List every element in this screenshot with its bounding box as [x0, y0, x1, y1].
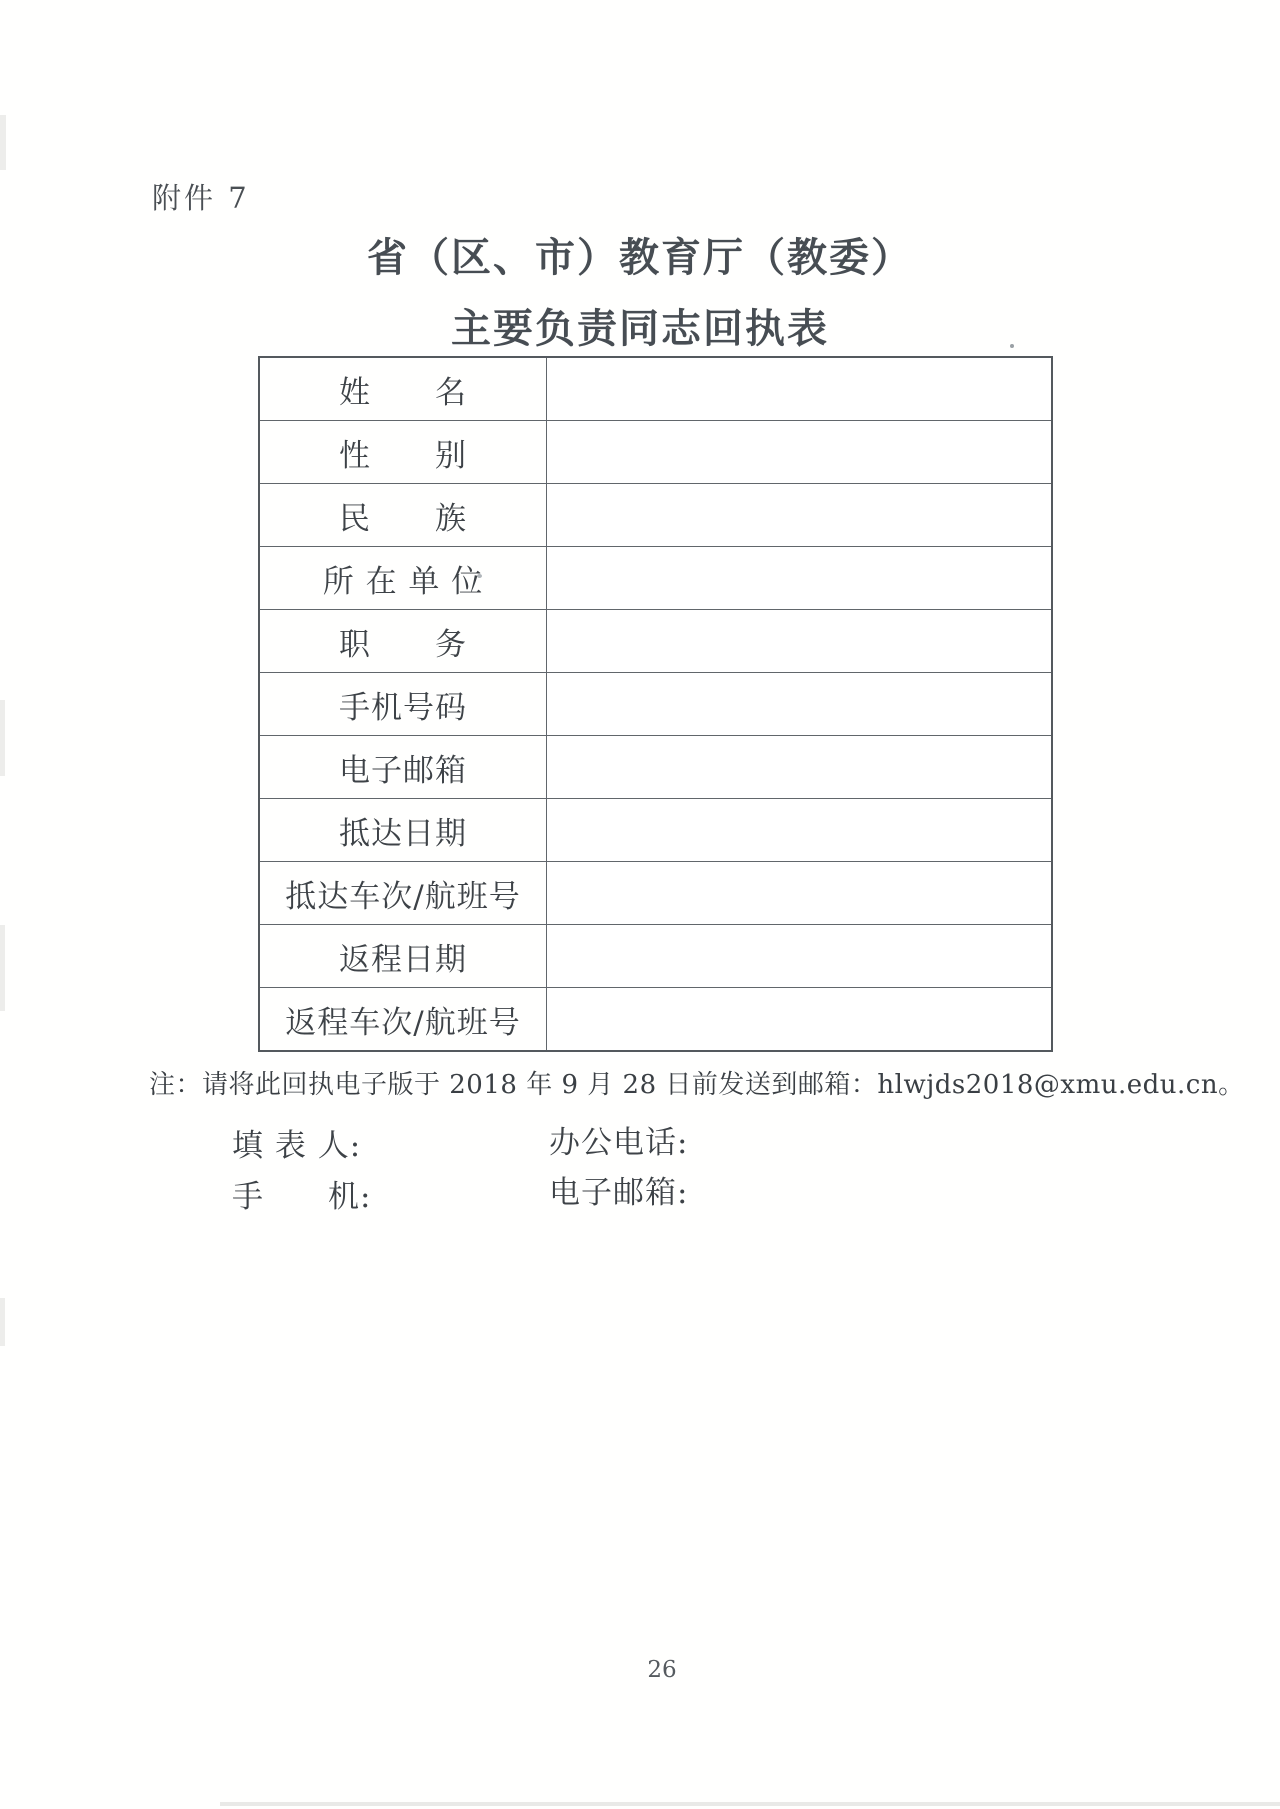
page-title-line2: 主要负责同志回执表	[0, 297, 1280, 354]
email-field: 电子邮箱:	[549, 1167, 808, 1212]
row-value-field[interactable]	[547, 925, 1053, 988]
table-row: 性 别	[259, 421, 1052, 484]
table-row: 返程日期	[259, 925, 1052, 988]
row-value-field[interactable]	[547, 673, 1053, 736]
attachment-label: 附件 7	[152, 176, 250, 217]
scan-smudge	[220, 1802, 1280, 1806]
row-label: 姓 名	[259, 357, 547, 421]
scan-artifact	[0, 1298, 5, 1346]
table-row: 职 务	[259, 610, 1052, 673]
row-label: 抵达日期	[259, 799, 547, 862]
row-label: 抵达车次/航班号	[259, 862, 547, 925]
row-value-field[interactable]	[547, 610, 1053, 673]
table-row: 抵达日期	[259, 799, 1052, 862]
receipt-table: 姓 名 性 别 民 族 所 在 单 位 职 务 手机号码 电子邮箱	[258, 356, 1053, 1052]
form-filler-blank[interactable]	[361, 1131, 481, 1165]
table-row: 手机号码	[259, 673, 1052, 736]
office-phone-blank[interactable]	[688, 1128, 808, 1162]
row-label: 电子邮箱	[259, 736, 547, 799]
table-row: 抵达车次/航班号	[259, 862, 1052, 925]
table-row: 所 在 单 位	[259, 547, 1052, 610]
form-filler-label: 填 表 人:	[232, 1128, 361, 1164]
table-row: 电子邮箱	[259, 736, 1052, 799]
mobile-blank[interactable]	[371, 1182, 491, 1216]
row-label: 手机号码	[259, 673, 547, 736]
row-value-field[interactable]	[547, 736, 1053, 799]
row-label: 所 在 单 位	[259, 547, 547, 610]
scan-artifact	[0, 700, 5, 776]
row-value-field[interactable]	[547, 988, 1053, 1052]
row-value-field[interactable]	[547, 547, 1053, 610]
row-value-field[interactable]	[547, 357, 1053, 421]
scan-artifact	[0, 925, 5, 1011]
page-number: 26	[647, 1657, 676, 1683]
mobile-label: 手 机:	[232, 1179, 371, 1215]
receipt-table-body: 姓 名 性 别 民 族 所 在 单 位 职 务 手机号码 电子邮箱	[259, 357, 1052, 1051]
row-value-field[interactable]	[547, 862, 1053, 925]
email-blank[interactable]	[688, 1178, 808, 1212]
table-row: 民 族	[259, 484, 1052, 547]
row-value-field[interactable]	[547, 484, 1053, 547]
row-value-field[interactable]	[547, 799, 1053, 862]
email-label: 电子邮箱:	[549, 1175, 688, 1211]
office-phone-label: 办公电话:	[549, 1125, 688, 1161]
form-filler-field: 填 表 人:	[232, 1120, 481, 1165]
row-label: 性 别	[259, 421, 547, 484]
mobile-field: 手 机:	[232, 1171, 491, 1216]
row-label: 民 族	[259, 484, 547, 547]
row-value-field[interactable]	[547, 421, 1053, 484]
row-label: 返程日期	[259, 925, 547, 988]
table-row: 返程车次/航班号	[259, 988, 1052, 1052]
office-phone-field: 办公电话:	[549, 1117, 808, 1162]
table-row: 姓 名	[259, 357, 1052, 421]
note-text: 注：请将此回执电子版于 2018 年 9 月 28 日前发送到邮箱：hlwjds…	[149, 1064, 1169, 1101]
scan-artifact	[0, 115, 6, 170]
row-label: 职 务	[259, 610, 547, 673]
page-title-line1: 省（区、市）教育厅（教委）	[0, 226, 1280, 283]
scanned-form-page: 附件 7 省（区、市）教育厅（教委） 主要负责同志回执表 姓 名 性 别 民 族…	[0, 0, 1280, 1809]
row-label: 返程车次/航班号	[259, 988, 547, 1052]
